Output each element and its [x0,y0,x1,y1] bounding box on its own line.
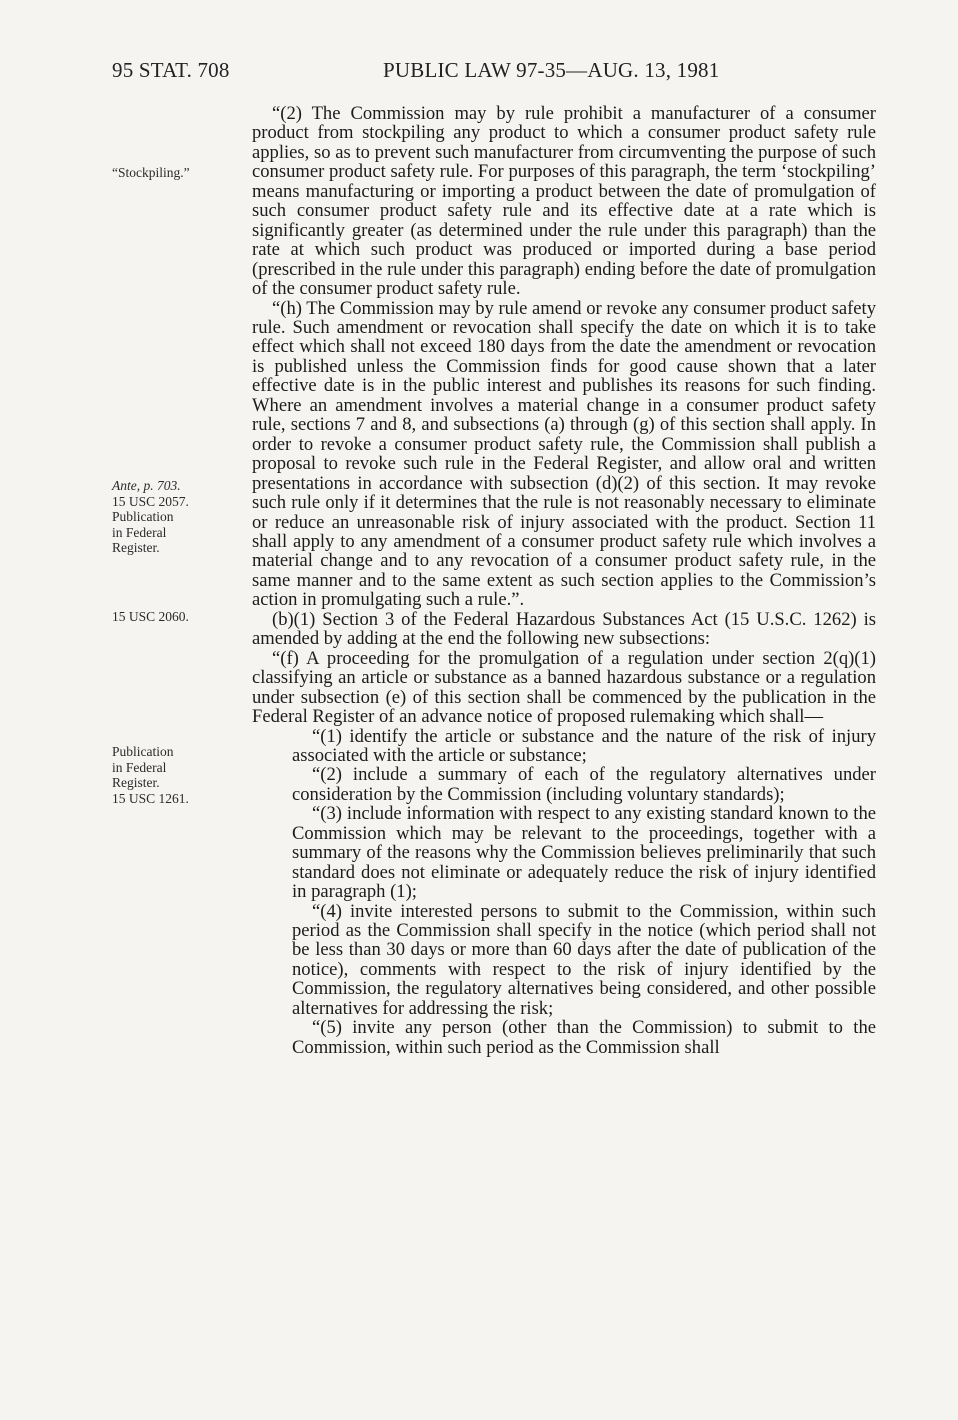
subparagraph-f3: “(3) include information with respect to… [252,804,876,901]
paragraph-h-amend-revoke: “(h) The Commission may by rule amend or… [252,299,876,610]
margin-note-line: 15 USC 1261. [112,791,242,807]
margin-note-citation: Ante, p. 703. [112,478,181,493]
margin-note-line: in Federal [112,760,242,776]
paragraph-b1-fhsa-amendment: (b)(1) Section 3 of the Federal Hazardou… [252,610,876,649]
margin-note-publication: Publication in Federal Register. 15 USC … [112,744,242,806]
subparagraph-f2: “(2) include a summary of each of the re… [252,765,876,804]
statute-page-number: 95 STAT. 708 [112,58,230,83]
margin-note-line: Publication [112,509,242,525]
margin-note-line: “Stockpiling.” [112,165,242,181]
margin-note-stockpiling: “Stockpiling.” [112,165,242,181]
subparagraph-f4: “(4) invite interested persons to submit… [252,902,876,1019]
margin-note-line: Ante, p. 703. [112,478,242,494]
statute-body: “(2) The Commission may by rule prohibit… [252,104,876,1057]
margin-note-line: Register. [112,775,242,791]
document-page: 95 STAT. 708 PUBLIC LAW 97-35—AUG. 13, 1… [0,0,958,1420]
margin-note-line: Publication [112,744,242,760]
margin-note-line: Register. [112,540,242,556]
public-law-title: PUBLIC LAW 97-35—AUG. 13, 1981 [383,58,719,83]
paragraph-2-stockpiling: “(2) The Commission may by rule prohibit… [252,104,876,299]
margin-note-line: 15 USC 2060. [112,609,242,625]
subparagraph-f1: “(1) identify the article or substance a… [252,727,876,766]
margin-note-line: in Federal [112,525,242,541]
paragraph-f-proceeding: “(f) A proceeding for the promulgation o… [252,649,876,727]
margin-note-line: 15 USC 2057. [112,494,242,510]
margin-note-usc2060: 15 USC 2060. [112,609,242,625]
margin-note-ante: Ante, p. 703. 15 USC 2057. Publication i… [112,478,242,556]
subparagraph-f5: “(5) invite any person (other than the C… [252,1018,876,1057]
